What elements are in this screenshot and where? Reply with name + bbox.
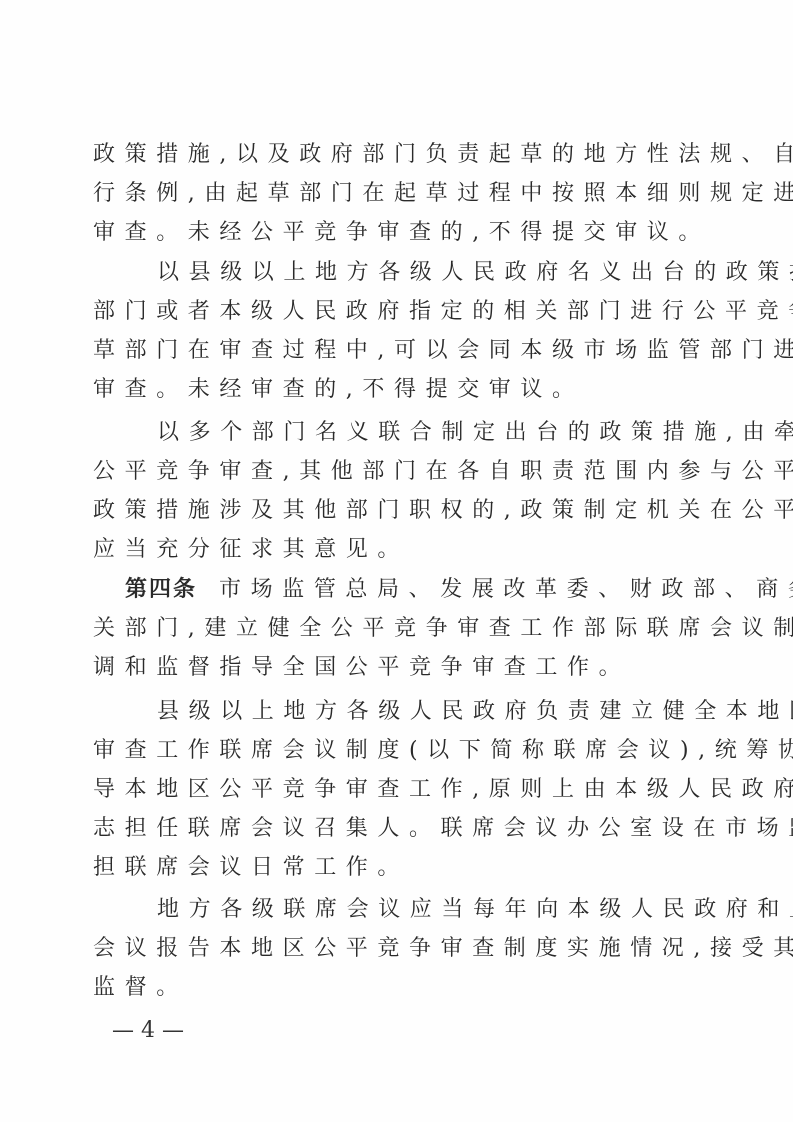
text-line: 调和监督指导全国公平竞争审查工作。 xyxy=(93,653,705,683)
text-line: 以县级以上地方各级人民政府名义出台的政策措施,由起草 xyxy=(157,258,705,288)
text-line: 公平竞争审查,其他部门在各自职责范围内参与公平竞争审查。 xyxy=(93,457,705,487)
text-line: 政策措施涉及其他部门职权的,政策制定机关在公平竞争审查中 xyxy=(93,496,705,526)
text-line: 关部门,建立健全公平竞争审查工作部际联席会议制度,统筹协 xyxy=(93,614,705,644)
text-line: 县级以上地方各级人民政府负责建立健全本地区公平竞争 xyxy=(157,697,705,727)
text-line: 审查。未经审查的,不得提交审议。 xyxy=(93,375,705,405)
text-line: 行条例,由起草部门在起草过程中按照本细则规定进行公平竞争 xyxy=(93,179,705,209)
text-line: 部门或者本级人民政府指定的相关部门进行公平竞争审查。起 xyxy=(93,297,705,327)
article-line: 第四条市场监管总局、发展改革委、财政部、商务部会同有 xyxy=(125,575,705,605)
text-line: 地方各级联席会议应当每年向本级人民政府和上一级联席 xyxy=(157,895,705,925)
text-line: 以多个部门名义联合制定出台的政策措施,由牵头部门负责 xyxy=(157,418,705,448)
document-page: 政策措施,以及政府部门负责起草的地方性法规、自治条例和单 行条例,由起草部门在起… xyxy=(0,0,793,1122)
text-line: 审查。未经公平竞争审查的,不得提交审议。 xyxy=(93,218,705,248)
text-line: 应当充分征求其意见。 xyxy=(93,535,705,565)
text-line: 审查工作联席会议制度(以下简称联席会议),统筹协调和监督指 xyxy=(93,736,705,766)
text-line: 志担任联席会议召集人。联席会议办公室设在市场监管部门,承 xyxy=(93,814,705,844)
text-line: 监督。 xyxy=(93,973,705,1003)
text-line: 市场监管总局、发展改革委、财政部、商务部会同有 xyxy=(219,577,793,602)
text-line: 导本地区公平竞争审查工作,原则上由本级人民政府分管负责同 xyxy=(93,775,705,805)
text-line: 担联席会议日常工作。 xyxy=(93,853,705,883)
text-line: 会议报告本地区公平竞争审查制度实施情况,接受其指导和 xyxy=(93,934,705,964)
text-line: 政策措施,以及政府部门负责起草的地方性法规、自治条例和单 xyxy=(93,140,705,170)
page-number: — 4 — xyxy=(112,1016,184,1046)
text-line: 草部门在审查过程中,可以会同本级市场监管部门进行公平竞争 xyxy=(93,336,705,366)
article-label: 第四条 xyxy=(125,577,197,602)
